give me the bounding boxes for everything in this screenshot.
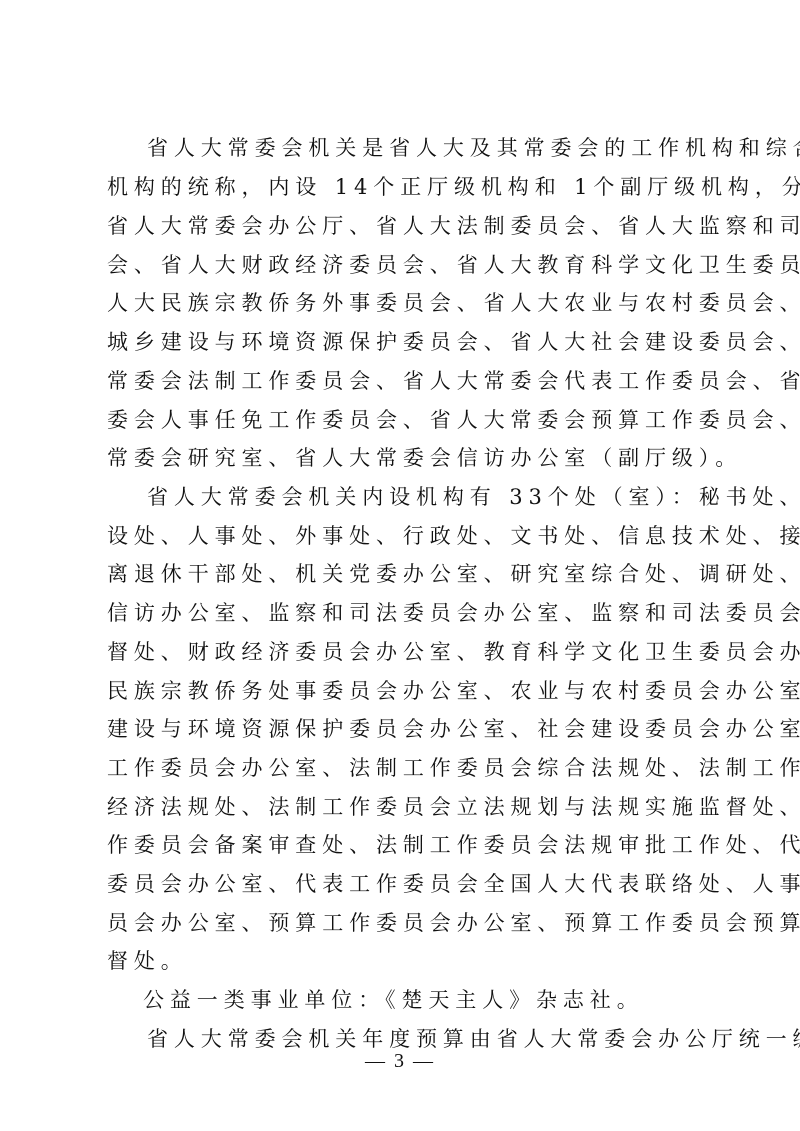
page-number: — 3 —: [0, 1050, 800, 1073]
paragraph-1-line-2: 机构的统称，内设 14个正厅级机构和 1个副厅级机构，分别是：: [107, 172, 707, 202]
paragraph-2-line-3: 离退休干部处、机关党委办公室、研究室综合处、调研处、宣传处、: [107, 559, 707, 589]
paragraph-1-line-6: 城乡建设与环境资源保护委员会、省人大社会建设委员会、省人大: [107, 327, 707, 357]
paragraph-2-line-4: 信访办公室、监察和司法委员会办公室、监察和司法委员会司法监: [107, 598, 707, 628]
paragraph-1-line-4: 会、省人大财政经济委员会、省人大教育科学文化卫生委员会、省: [107, 250, 707, 280]
paragraph-2-line-13: 督处。: [107, 946, 707, 976]
paragraph-2-line-8: 工作委员会办公室、法制工作委员会综合法规处、法制工作委员会: [107, 753, 707, 783]
paragraph-1-line-9: 常委会研究室、省人大常委会信访办公室（副厅级）。: [107, 443, 707, 473]
paragraph-3-line-1: 公益一类事业单位：《楚天主人》杂志社。: [143, 985, 743, 1015]
paragraph-2-line-1: 省人大常委会机关内设机构有 33个处（室）：秘书处、政治建: [147, 482, 747, 512]
paragraph-2-line-2: 设处、人事处、外事处、行政处、文书处、信息技术处、接待处、: [107, 521, 707, 551]
paragraph-1-line-7: 常委会法制工作委员会、省人大常委会代表工作委员会、省人大常: [107, 366, 707, 396]
paragraph-2-line-10: 作委员会备案审查处、法制工作委员会法规审批工作处、代表工作: [107, 830, 707, 860]
paragraph-1-line-3: 省人大常委会办公厅、省人大法制委员会、省人大监察和司法委员: [107, 211, 707, 241]
paragraph-2-line-9: 经济法规处、法制工作委员会立法规划与法规实施监督处、法制工: [107, 792, 707, 822]
paragraph-2-line-5: 督处、财政经济委员会办公室、教育科学文化卫生委员会办公室、: [107, 637, 707, 667]
paragraph-1-line-1: 省人大常委会机关是省人大及其常委会的工作机构和综合办事: [147, 133, 747, 163]
paragraph-1-line-5: 人大民族宗教侨务外事委员会、省人大农业与农村委员会、省人大: [107, 288, 707, 318]
document-page: 省人大常委会机关是省人大及其常委会的工作机构和综合办事 机构的统称，内设 14个…: [0, 0, 800, 1131]
paragraph-1-line-8: 委会人事任免工作委员会、省人大常委会预算工作委员会、省人大: [107, 405, 707, 435]
paragraph-2-line-12: 员会办公室、预算工作委员会办公室、预算工作委员会预算审查监: [107, 908, 707, 938]
paragraph-2-line-7: 建设与环境资源保护委员会办公室、社会建设委员会办公室、法制: [107, 714, 707, 744]
paragraph-2-line-6: 民族宗教侨务处事委员会办公室、农业与农村委员会办公室、城乡: [107, 676, 707, 706]
paragraph-2-line-11: 委员会办公室、代表工作委员会全国人大代表联络处、人事任免委: [107, 869, 707, 899]
